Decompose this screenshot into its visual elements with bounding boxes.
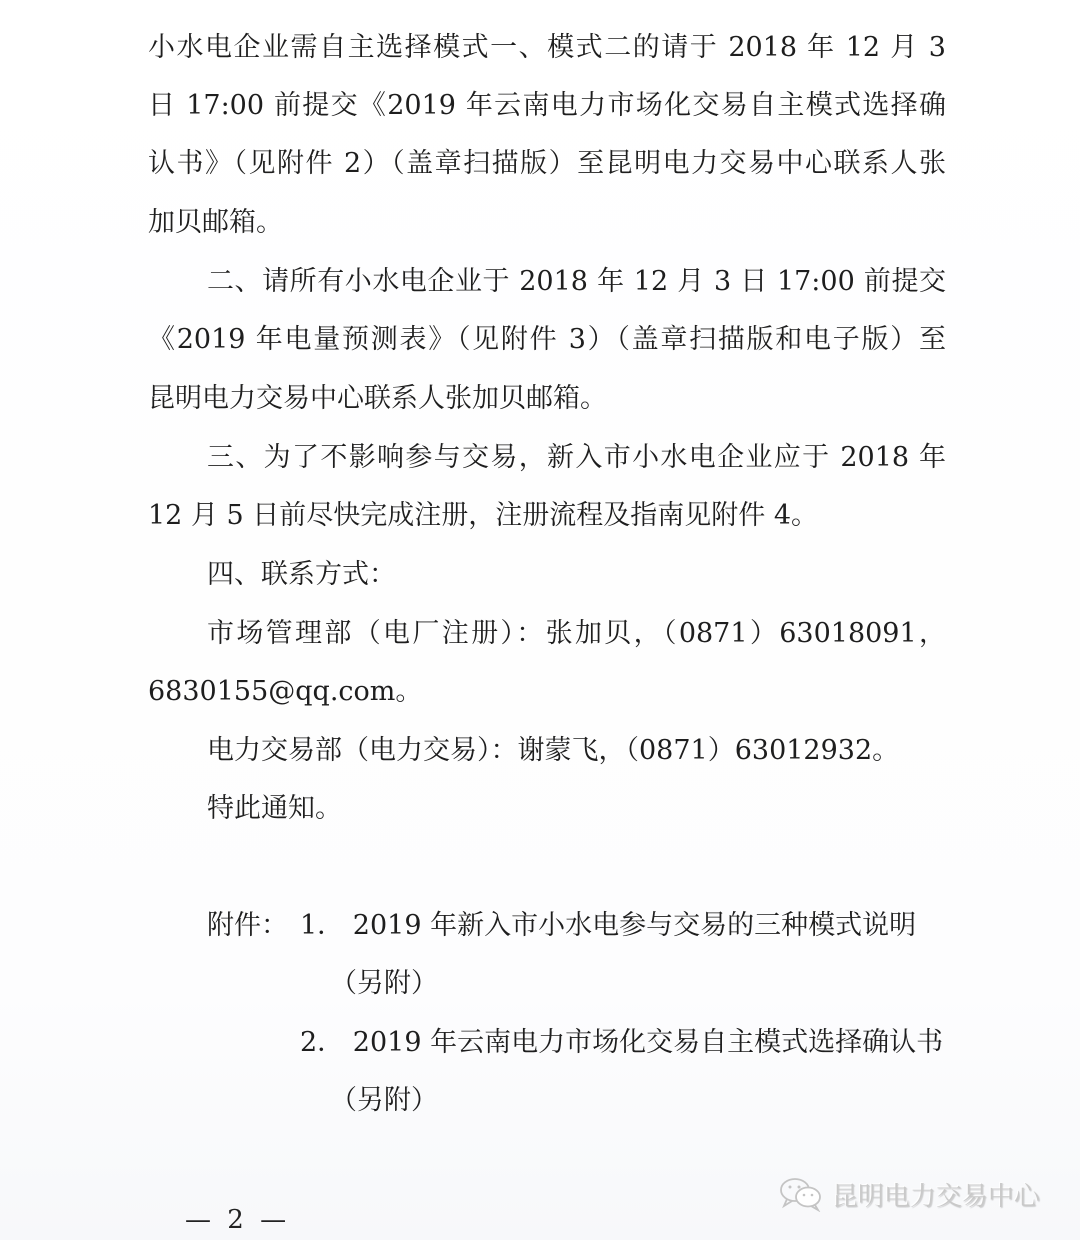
wechat-watermark: 昆明电力交易中心 <box>778 1172 1040 1216</box>
attachment-2-note: （另附） <box>330 1083 438 1119</box>
attachment-2-number: 2． <box>300 1027 344 1058</box>
attachment-1: 1． 2019 年新入市小水电参与交易的三种模式说明 <box>300 908 916 944</box>
page-number: — 2 — <box>185 1203 290 1237</box>
document-page: 小水电企业需自主选择模式一、模式二的请于 2018 年 12 月 3 日 17:… <box>0 0 1080 1240</box>
closing-statement: 特此通知。 <box>207 791 342 827</box>
attachment-2: 2． 2019 年云南电力市场化交易自主模式选择确认书 <box>300 1025 943 1061</box>
paragraph-1-line-4: 加贝邮箱。 <box>148 205 283 241</box>
paragraph-1-line-1: 小水电企业需自主选择模式一、模式二的请于 2018 年 12 月 3 <box>148 30 946 66</box>
section-2-line-1: 二、请所有小水电企业于 2018 年 12 月 3 日 17:00 前提交 <box>207 264 946 300</box>
watermark-text: 昆明电力交易中心 <box>832 1176 1040 1213</box>
section-3-line-1: 三、为了不影响参与交易，新入市小水电企业应于 2018 年 <box>207 440 946 476</box>
attachment-2-title: 2019 年云南电力市场化交易自主模式选择确认书 <box>353 1027 943 1058</box>
attachments-label: 附件： <box>207 908 288 944</box>
attachment-1-note: （另附） <box>330 966 438 1002</box>
wechat-icon <box>778 1176 824 1212</box>
paragraph-1-line-2: 日 17:00 前提交《2019 年云南电力市场化交易自主模式选择确 <box>148 88 946 124</box>
section-2-line-2: 《2019 年电量预测表》（见附件 3）（盖章扫描版和电子版）至 <box>148 322 946 358</box>
contact-market-dept-line-1: 市场管理部（电厂注册）：张加贝，（0871）63018091， <box>207 616 946 652</box>
section-2-line-3: 昆明电力交易中心联系人张加贝邮箱。 <box>148 381 607 417</box>
contact-trading-dept: 电力交易部（电力交易）：谢蒙飞，（0871）63012932。 <box>207 733 899 769</box>
section-4-heading: 四、联系方式： <box>207 557 396 593</box>
paragraph-1-line-3: 认书》（见附件 2）（盖章扫描版）至昆明电力交易中心联系人张 <box>148 146 946 182</box>
section-3-line-2: 12 月 5 日前尽快完成注册，注册流程及指南见附件 4。 <box>148 498 818 534</box>
attachment-1-title: 2019 年新入市小水电参与交易的三种模式说明 <box>353 910 916 941</box>
attachment-1-number: 1． <box>300 910 344 941</box>
contact-market-dept-email: 6830155@qq.com。 <box>148 674 422 710</box>
